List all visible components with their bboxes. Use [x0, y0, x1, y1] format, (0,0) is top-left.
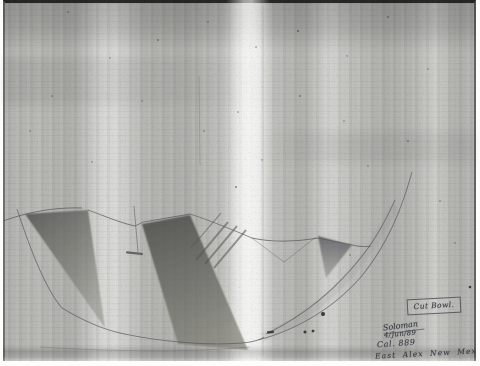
cut-bowl-label-box: Cut Bowl. — [407, 297, 462, 316]
scanned-document-page: Cut Bowl. Soloman 4/Jun/89 Cal. 889 East… — [0, 0, 480, 366]
page-fold-highlight — [226, 0, 270, 361]
cut-bowl-label: Cut Bowl. — [413, 301, 454, 311]
horizontal-streak-band-mid — [250, 132, 476, 162]
